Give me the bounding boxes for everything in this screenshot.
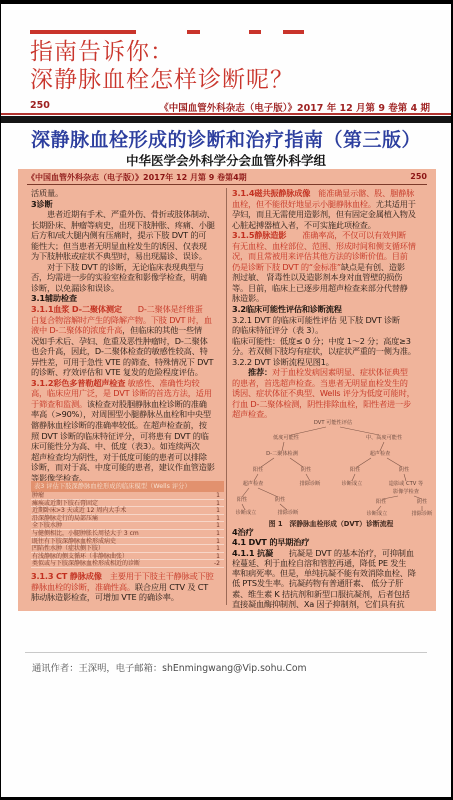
text-line: 3.1.1血浆 D-二聚体测定 D-二聚体是纤维蛋 [31,304,223,315]
wells-score-table: 表3 评估下肢深静脉血栓形成的临床模型（Wells 评分） 肿瘤1瘫痪或近期下肢… [31,481,224,568]
text-line: 活质量。 [31,188,223,199]
table-row-score: -2 [214,560,220,568]
text-line: 有无血栓、血栓部位、范围、形成时间和侧支循环情 [232,241,430,252]
text-line: 肺动脉造影检查，可增加 VTE 的确诊率。 [31,592,223,603]
table-row-score: 1 [216,530,220,538]
journal-page: 《中国血管外科杂志（电子版）》2017年 12 月第 9 卷第4期 250 活质… [18,169,436,611]
flow-node-negative: 阴性 [399,467,409,473]
table-row: 与健侧相比，小腿肿胀长周径大于 3 cm1 [31,530,224,538]
text-line: 诱因、症状体征不典型、Wells 评分为低度可能时， [232,388,430,399]
article-title: 深静脉血栓形成的诊断和治疗指南（第三版） [1,125,451,152]
text-line: 液中 D-二聚体的浓度升高，但临床的其他一些情 [31,325,223,336]
text-line: 3.2.2 DVT 诊断流程见图1。 [232,357,430,368]
article-subtitle: 中华医学会外科学分会血管外科学组 [1,151,451,169]
table-row-score: 1 [216,522,220,530]
table-row-score: 1 [216,515,220,523]
flow-node-excluded: 排除诊断 [412,511,433,517]
journal-page-header-right: 250 [410,172,427,181]
corresponding-author: 通讯作者：王深明，电子邮箱：shEnmingwang@Vip.sohu.Com [32,660,307,674]
text-line: 为下肢肿胀或症状不典型时，易出现漏诊、误诊。 [31,251,223,262]
right-column-text-bottom: 4治疗4.1 DVT 的早期治疗4.1.1 抗凝 抗凝是 DVT 的基本治疗，可… [232,527,430,609]
flow-node-low: 低度可能性 [273,435,299,441]
cropped-text-artifact [249,30,261,34]
text-line: 4.1 DVT 的早期治疗 [232,537,430,547]
slide-background: 指南告诉你： 深静脉血栓怎样诊断呢？ 250 《中国血管外科杂志（电子版）》20… [1,4,451,797]
text-line: 照 DVT 诊断的临床特征评分，可将患有 DVT 的临 [31,431,223,442]
text-line: 于筛查和监测。该检查对股腘静脉血栓诊断的准确 [31,399,223,410]
flow-node-imaging: 造影或 CTV 等 [389,481,423,487]
table-row: 近期卧床>3 天或近 12 周内大手术1 [31,507,224,515]
column-divider [226,188,227,605]
text-line: 孕妇，而且无需使用造影剂，但有固定金属植入物及 [232,209,430,220]
right-column-text: 3.1.4磁共振静脉成像 能准确显示髂、股、腘静脉血栓，但不能很好地显示小腿静脉… [232,188,430,420]
text-line: 静脉血栓的诊断，准确性高。联合应用 CTV 及 CT [31,582,223,593]
text-line: 仍是诊断下肢 DVT 的“金标准”缺点是有创、造影 [232,262,430,273]
text-line: 的临床特征评分（表 3）。 [232,325,430,336]
flow-node-ultrasound-left: 超声检查 [243,481,264,487]
table-title: 表3 评估下肢深静脉血栓形成的临床模型（Wells 评分） [31,481,224,492]
text-line: 率高（>90%），对周围型小腿静脉丛血栓和中央型 [31,409,223,420]
text-line: 对于下肢 DVT 的诊断，无论临床表现典型与 [31,262,223,273]
text-line: 脉造影。 [232,293,430,304]
table-row-score: 1 [216,500,220,508]
flow-node-imaging: 影像学检查 [393,489,419,495]
page-header-rule [27,184,427,185]
text-line: 超声检查均为阴性，对于低度可能的患者可以排除 [31,452,223,463]
table-row: 凹陷性水肿（症状侧下肢）1 [31,545,224,553]
journal-page-header-left: 《中国血管外科杂志（电子版）》2017年 12 月第 9 卷第4期 [27,172,247,183]
table-row-label: 凹陷性水肿（症状侧下肢） [32,545,104,553]
text-line: 行血 D-二聚体检测，阴性排除血栓，阳性者进一步 [232,399,430,410]
text-line: 推荐：对于血栓发病因素明显、症状体征典型 [232,367,430,378]
text-line: 等。目前，临床上已逐步用超声检查来部分代替静 [232,283,430,294]
cropped-text-artifact [30,30,136,34]
text-line: 能性大；但当患者无明显血栓发生的诱因、仅表现 [31,241,223,252]
text-line: 4治疗 [232,527,430,537]
table-row-score: 1 [216,545,220,553]
table-row-label: 全下肢水肿 [32,522,62,530]
text-line: 率和病死率。但是，单纯抗凝不能有效消除血栓、降 [232,568,430,578]
text-line: 3.1辅助检查 [31,293,223,304]
table-row-score: 1 [216,492,220,500]
text-line: 低 PTS发生率。抗凝药物有普通肝素、 低分子肝 [232,578,430,588]
page-number: 250 [30,100,50,111]
red-divider [1,113,451,115]
table-row-label: 肿瘤 [32,492,44,500]
text-line: 3.1.3 CT 静脉成像 主要用于下肢主干静脉或下腔 [31,571,223,582]
table-row: 类似或与下肢深静脉血栓形成相近的诊断-2 [31,560,224,568]
table-row: 全下肢水肿1 [31,522,224,530]
headline: 指南告诉你： 深静脉血栓怎样诊断呢？ [30,38,294,94]
cropped-text-artifact [283,30,304,34]
text-line: 床可能性分为高、中、低度（表3）。如连续两次 [31,441,223,452]
text-line: 后方和/或大腿内侧有压痛时，提示下肢 DVT 的可 [31,230,223,241]
flow-node-assess: DVT 可能性评估 [314,420,352,426]
flow-node-excluded: 排除诊断 [300,481,321,487]
flow-node-positive: 阳性 [376,499,386,505]
table-row: 肿瘤1 [31,492,224,500]
flow-node-negative: 阴性 [301,467,311,473]
text-line: 也会升高，因此，D-二聚体检查的敏感性较高、特 [31,346,223,357]
flow-node-midhigh: 中、高度可能性 [366,435,402,441]
text-line: 白复合物溶解时产生的降解产物。下肢 DVT 时，血 [31,315,223,326]
table-body: 肿瘤1瘫痪或近期下肢石膏固定1近期卧床>3 天或近 12 周内大手术1沿深静脉走… [31,492,224,568]
headline-line-1: 指南告诉你： [30,38,294,66]
text-line: 的患者，首选超声检查。当患者无明显血栓发生的 [232,378,430,389]
footer-divider [25,652,427,653]
table-row-score: 1 [216,553,220,561]
table-row-score: 1 [216,538,220,546]
text-line: 异性差，可用于急性 VTE 的筛查、特殊情况下 DVT [31,357,223,368]
flow-node-excluded: 排除诊断 [278,510,299,516]
text-line: 心脏起搏器植入者，不可实施此项检查。 [232,220,430,231]
citation-row: 250 《中国血管外科杂志（电子版）》2017 年 12 月第 9 卷第 4 期 [30,100,430,113]
text-line: 况，而且常被用来评估其他方法的诊断价值。目前 [232,251,430,262]
table-row-label: 类似或与下肢深静脉血栓形成相近的诊断 [32,560,140,568]
flow-node-positive: 阳性 [253,467,263,473]
flow-node-negative: 阴性 [275,497,285,503]
text-line: 超声检查。 [232,409,430,420]
text-line: 诊断，以免漏诊和误诊。 [31,283,223,294]
text-line: 髂静脉血栓诊断的准确率较低。在超声检查前，按 [31,420,223,431]
text-line: 诊断，而对于高、中度可能的患者，建议作血管造影 [31,462,223,473]
text-line: 否，均需进一步的实验室检查和影像学检查，明确 [31,272,223,283]
text-line: 患者近期有手术、严重外伤、骨折或肢体制动、 [31,209,223,220]
text-line: 分。若双侧下肢均有症状，以症状严重的一侧为准。 [232,346,430,357]
black-divider-band [1,116,451,123]
text-line: 临床可能性：低度≤ 0 分；中度 1～2 分；高度≥3 [232,336,430,347]
screenshot-frame: 指南告诉你： 深静脉血栓怎样诊断呢？ 250 《中国血管外科杂志（电子版）》20… [0,0,453,800]
text-line: 血栓，但不能很好地显示小腿静脉血栓。尤其适用于 [232,199,430,210]
journal-page-header: 《中国血管外科杂志（电子版）》2017年 12 月第 9 卷第4期 250 [27,172,427,183]
text-line: 3.1.5静脉造影 准确率高，不仅可以有效判断 [232,230,430,241]
journal-citation: 《中国血管外科杂志（电子版）》2017 年 12 月第 9 卷第 4 期 [159,100,430,114]
text-line: 3.2.1 DVT 的临床可能性评估 见下肢 DVT 诊断 [232,315,430,326]
left-column-text-bottom: 3.1.3 CT 静脉成像 主要用于下肢主干静脉或下腔静脉血栓的诊断，准确性高。… [31,571,223,603]
text-line: 况如手术后、孕妇、危重及恶性肿瘤时，D-二聚体 [31,336,223,347]
flow-node-positive: 阳性 [350,467,360,473]
flow-node-ddimer: D-二聚体检测 [266,451,298,457]
text-line: 高，临床应用广泛，是 DVT 诊断的首选方法，适用 [31,388,223,399]
text-line: 的诊断、疗效评估和 VTE 复发的危险程度评估。 [31,367,223,378]
text-line: 3.1.2彩色多普勒超声检查 敏感性、准确性均较 [31,378,223,389]
table-row-score: 1 [216,507,220,515]
text-line: 长期卧床、肿瘤等病史，出现下肢肿胀、疼痛、小腿 [31,220,223,231]
flow-node-positive: 阳性 [237,497,247,503]
table-row-label: 近期卧床>3 天或近 12 周内大手术 [32,507,126,515]
diagnosis-flowchart: DVT 可能性评估 低度可能性 中、高度可能性 D-二聚体检测 超声检查 阳性 … [236,420,432,518]
text-line: 剂过敏、 肾毒性以及造影剂本身对血管壁的损伤 [232,272,430,283]
left-column-text: 活质量。3诊断 患者近期有手术、严重外伤、骨折或肢体制动、长期卧床、肿瘤等病史，… [31,188,223,483]
headline-line-2: 深静脉血栓怎样诊断呢？ [30,66,294,94]
text-line: 4.1.1 抗凝 抗凝是 DVT 的基本治疗，可抑制血 [232,548,430,558]
flow-node-confirmed: 诊断成立 [367,511,388,517]
text-line: 栓蔓延、利于血栓自溶和管腔再通，降低 PE 发生 [232,558,430,568]
flow-node-negative: 阴性 [417,499,427,505]
flow-node-confirmed: 诊断成立 [342,481,363,487]
cropped-text-artifact [187,30,200,34]
table-row-label: 与健侧相比，小腿肿胀长周径大于 3 cm [32,530,139,538]
text-line: 3诊断 [31,199,223,210]
text-line: 直接凝血酶抑制剂、Xa 因子抑制剂，它们具有抗 [232,599,430,609]
text-line: 素、维生素 K 拮抗剂和新型口服抗凝剂，后者包括 [232,589,430,599]
text-line: 3.1.4磁共振静脉成像 能准确显示髂、股、腘静脉 [232,188,430,199]
flow-node-confirmed: 诊断成立 [236,510,257,516]
text-line: 3.2临床可能性评估和诊断流程 [232,304,430,315]
flow-node-ultrasound-right: 超声检查 [370,451,391,457]
